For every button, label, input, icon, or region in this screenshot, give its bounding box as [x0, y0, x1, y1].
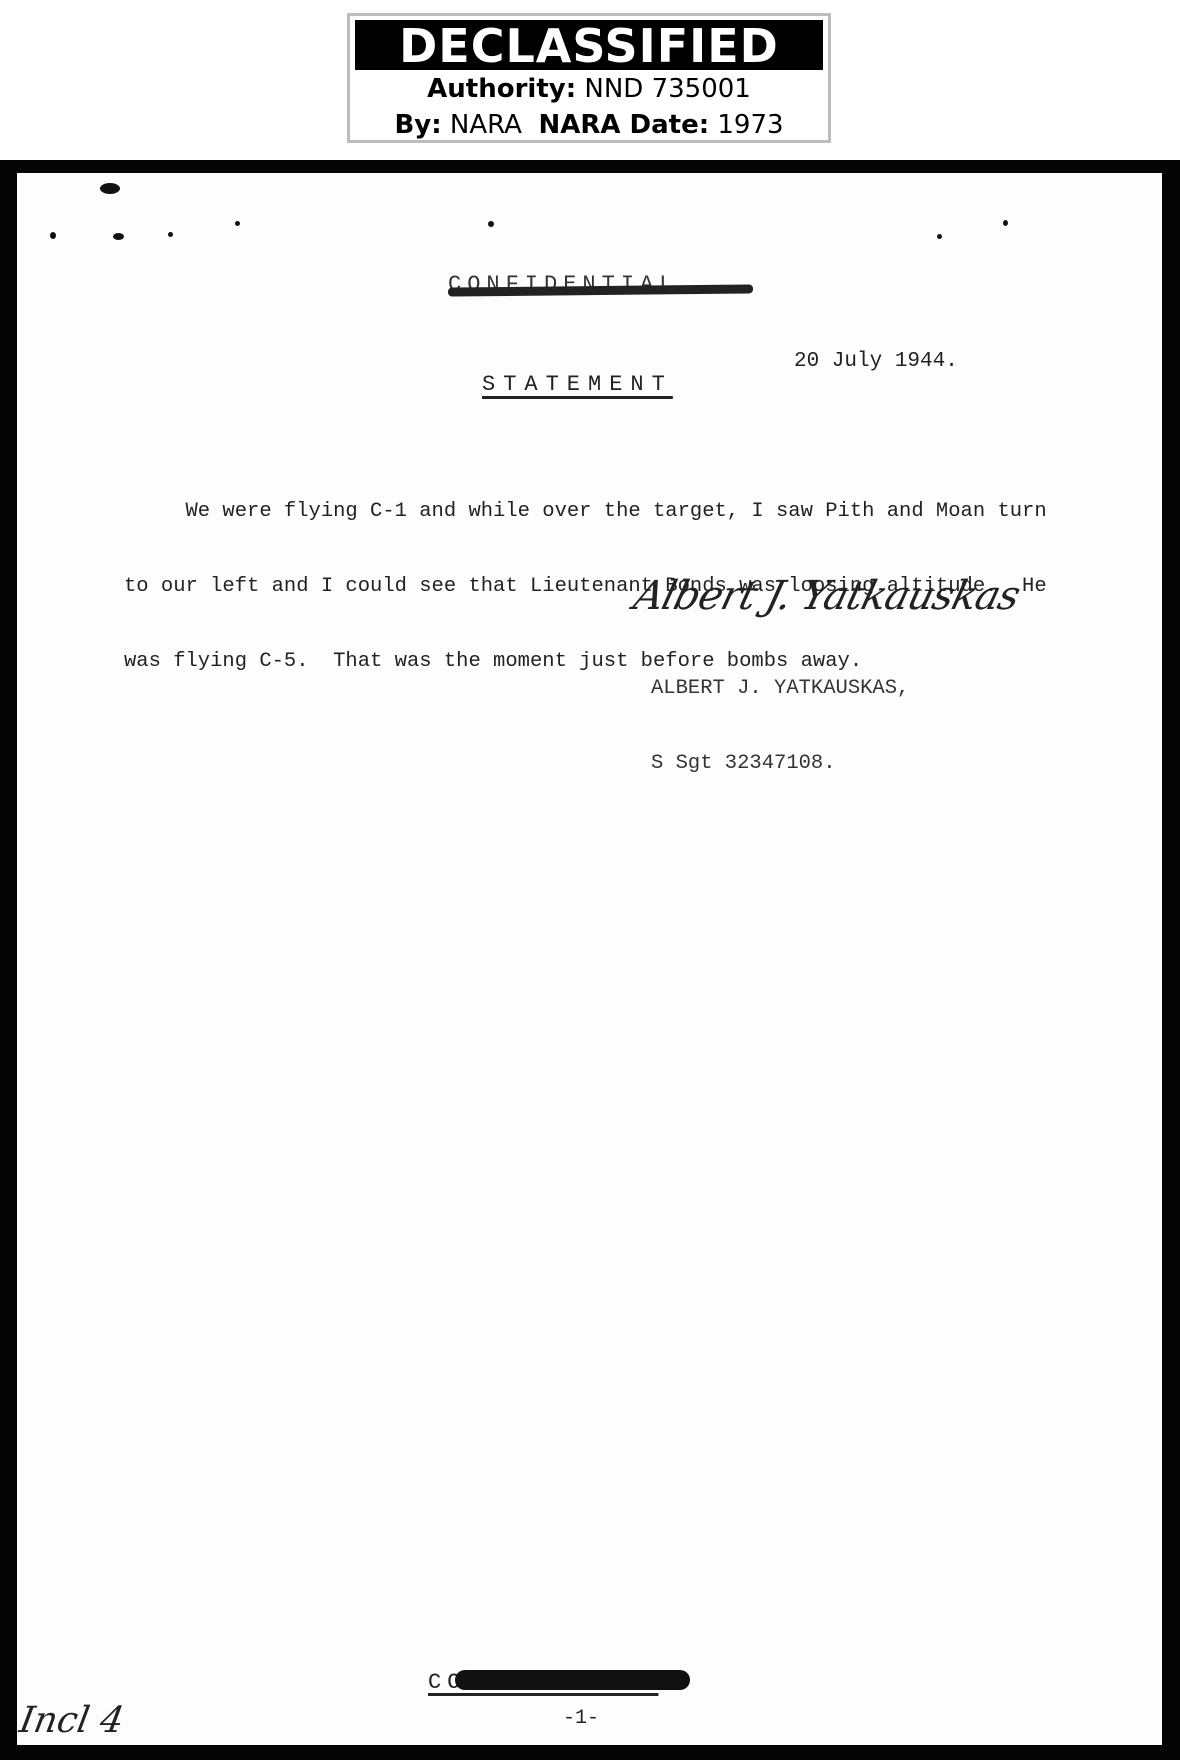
document-title: STATEMENT [482, 372, 673, 397]
declassified-stamp: DECLASSIFIED Authority: NND 735001 By: N… [347, 13, 831, 143]
stamp-header: DECLASSIFIED [355, 20, 823, 70]
document-page [17, 173, 1162, 1745]
punch-hole-mark [235, 221, 240, 226]
punch-hole-mark [100, 183, 120, 194]
body-line: We were flying C-1 and while over the ta… [124, 499, 1039, 524]
document-date: 20 July 1944. [794, 350, 958, 373]
punch-hole-mark [50, 232, 56, 239]
punch-hole-mark [168, 232, 173, 237]
signer-rank-serial: S Sgt 32347108. [651, 751, 909, 776]
punch-hole-mark [937, 234, 942, 239]
stamp-authority: Authority: NND 735001 [350, 74, 828, 104]
punch-hole-mark [113, 233, 124, 240]
stamp-by-date: By: NARA NARA Date: 1973 [350, 110, 828, 140]
punch-hole-mark [1003, 220, 1008, 226]
signer-name: ALBERT J. YATKAUSKAS, [651, 676, 909, 701]
handwritten-margin-note: Incl 4 [16, 1700, 127, 1741]
handwritten-signature: Albert J. Yatkauskas [629, 573, 1024, 619]
page-number: -1- [563, 1707, 599, 1730]
classification-strikeout [455, 1670, 690, 1690]
signature-block: ALBERT J. YATKAUSKAS, S Sgt 32347108. [651, 626, 909, 801]
punch-hole-mark [488, 221, 494, 227]
